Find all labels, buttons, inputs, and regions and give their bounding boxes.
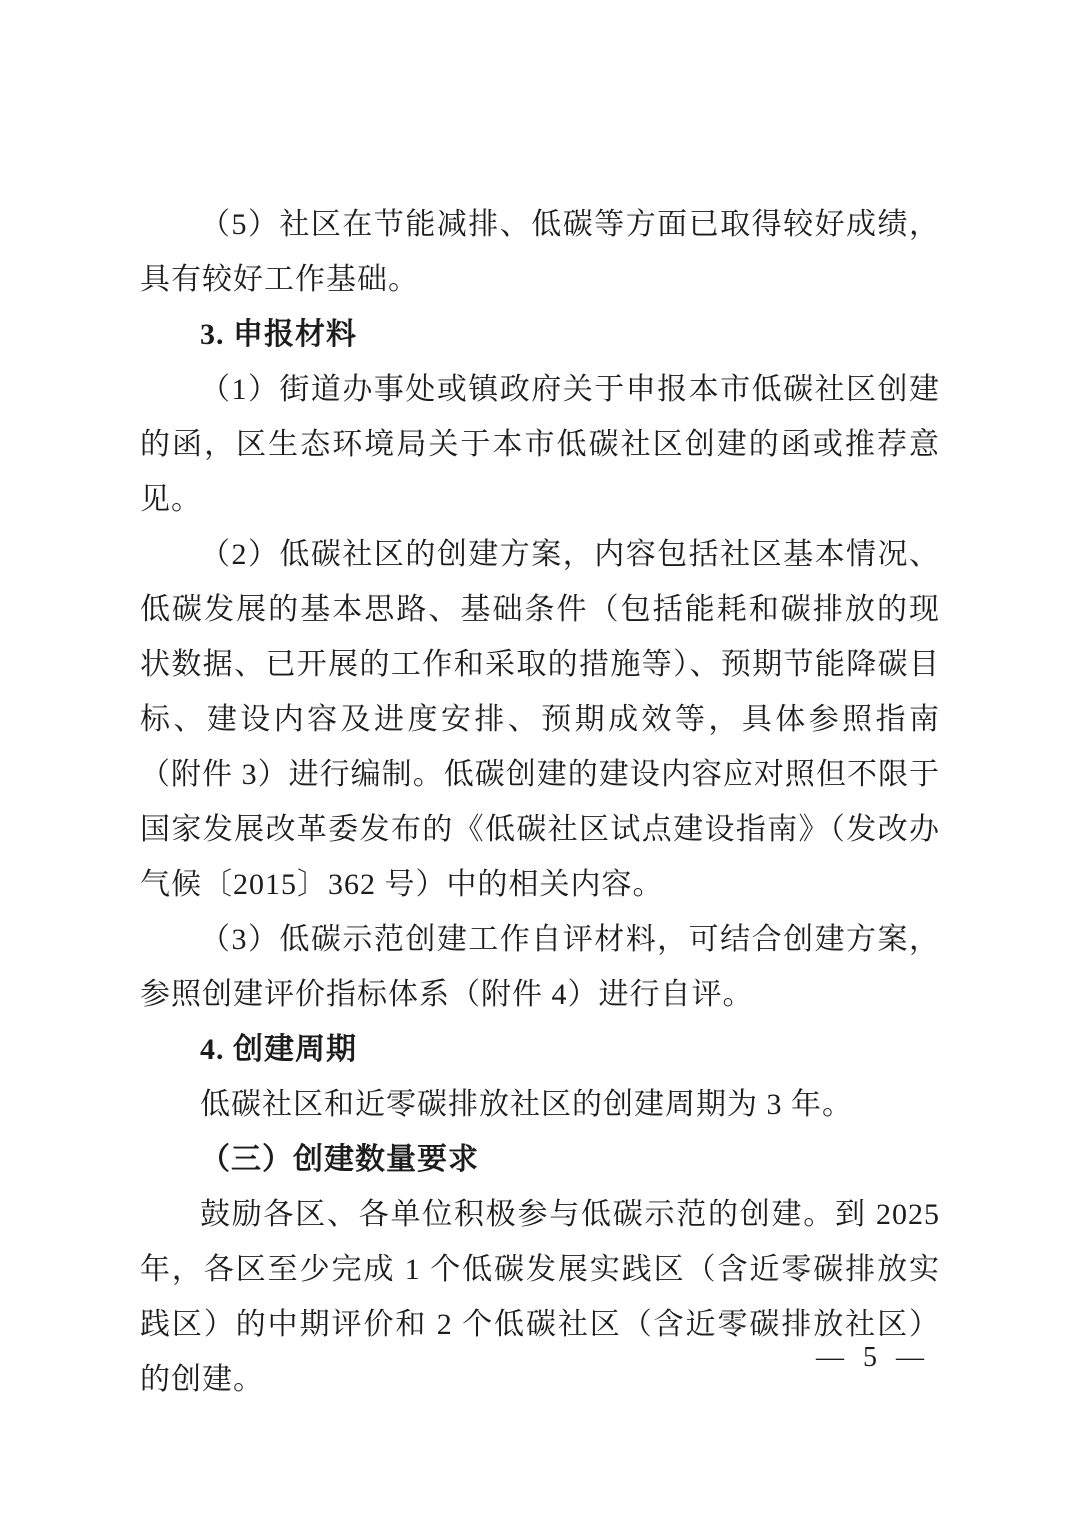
- document-body: （5）社区在节能减排、低碳等方面已取得较好成绩，具有较好工作基础。 3. 申报材…: [140, 197, 940, 1407]
- para-item-3-self-evaluation: （3）低碳示范创建工作自评材料，可结合创建方案，参照创建评价指标体系（附件 4）…: [140, 912, 940, 1022]
- para-creation-cycle-duration: 低碳社区和近零碳排放社区的创建周期为 3 年。: [140, 1077, 940, 1132]
- para-item-5-community-achievements: （5）社区在节能减排、低碳等方面已取得较好成绩，具有较好工作基础。: [140, 197, 940, 307]
- para-item-2-creation-plan: （2）低碳社区的创建方案，内容包括社区基本情况、低碳发展的基本思路、基础条件（包…: [140, 527, 940, 912]
- page-number: — 5 —: [816, 1338, 930, 1378]
- document-page: （5）社区在节能减排、低碳等方面已取得较好成绩，具有较好工作基础。 3. 申报材…: [0, 0, 1080, 1527]
- heading-iii-creation-quantity-requirements: （三）创建数量要求: [140, 1132, 940, 1187]
- heading-3-application-materials: 3. 申报材料: [140, 307, 940, 362]
- heading-4-creation-cycle: 4. 创建周期: [140, 1022, 940, 1077]
- para-item-1-application-letter: （1）街道办事处或镇政府关于申报本市低碳社区创建的函，区生态环境局关于本市低碳社…: [140, 362, 940, 527]
